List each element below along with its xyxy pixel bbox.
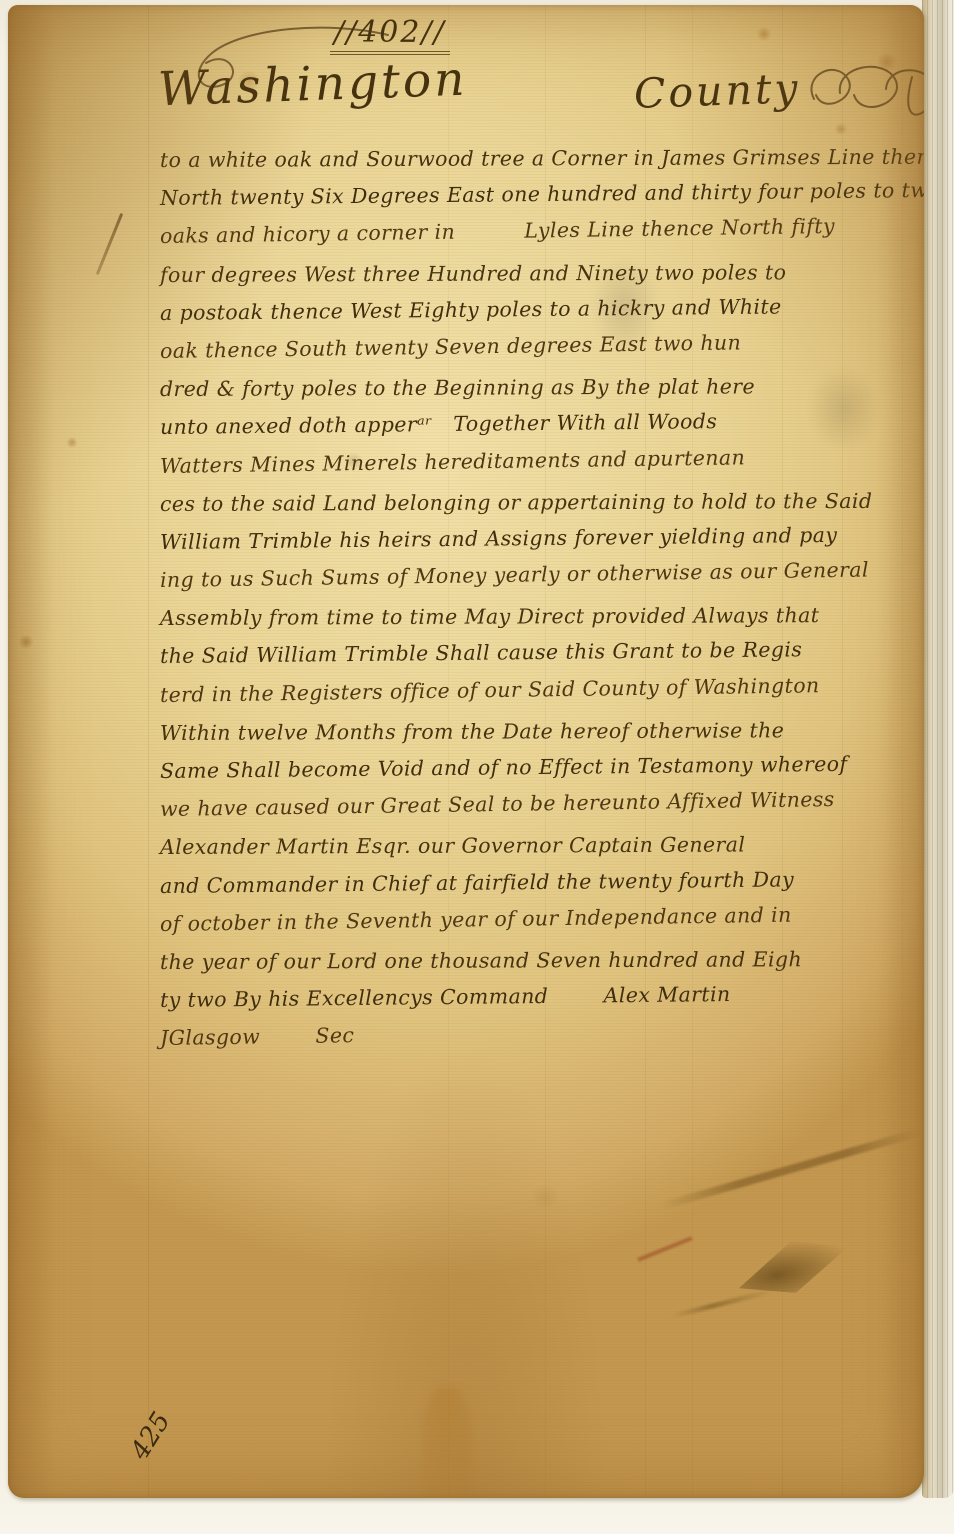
- foxing-spot: [66, 437, 78, 448]
- body-text: to a white oak and Sourwood tree a Corne…: [160, 141, 924, 1058]
- page-number: //402//: [330, 15, 450, 55]
- ink-smear-streak: [660, 1128, 922, 1210]
- foxing-spot: [834, 123, 848, 135]
- foxing-spot: [18, 635, 34, 649]
- ink-smear-blot: [732, 1231, 854, 1302]
- flourish-icon: [800, 49, 924, 149]
- paper-sheet: //402// Washington County to a white oak…: [8, 5, 924, 1498]
- ink-smear-streak: [671, 1288, 774, 1318]
- ledger-rule-line: [148, 5, 149, 1498]
- water-stain: [422, 1387, 472, 1498]
- foxing-spot: [876, 53, 898, 71]
- page-number-mark: //: [421, 15, 445, 50]
- page-title-right: County: [633, 64, 801, 118]
- page-title-left: Washington: [157, 52, 468, 118]
- margin-pen-stroke: [96, 213, 124, 275]
- page-number-value: 402: [358, 15, 421, 50]
- foxing-spot: [756, 27, 772, 41]
- page-number-mark: //: [334, 15, 358, 50]
- folio-number: 425: [125, 1407, 177, 1465]
- scanned-document-page: //402// Washington County to a white oak…: [0, 0, 954, 1534]
- book-page-edges: [922, 0, 954, 1498]
